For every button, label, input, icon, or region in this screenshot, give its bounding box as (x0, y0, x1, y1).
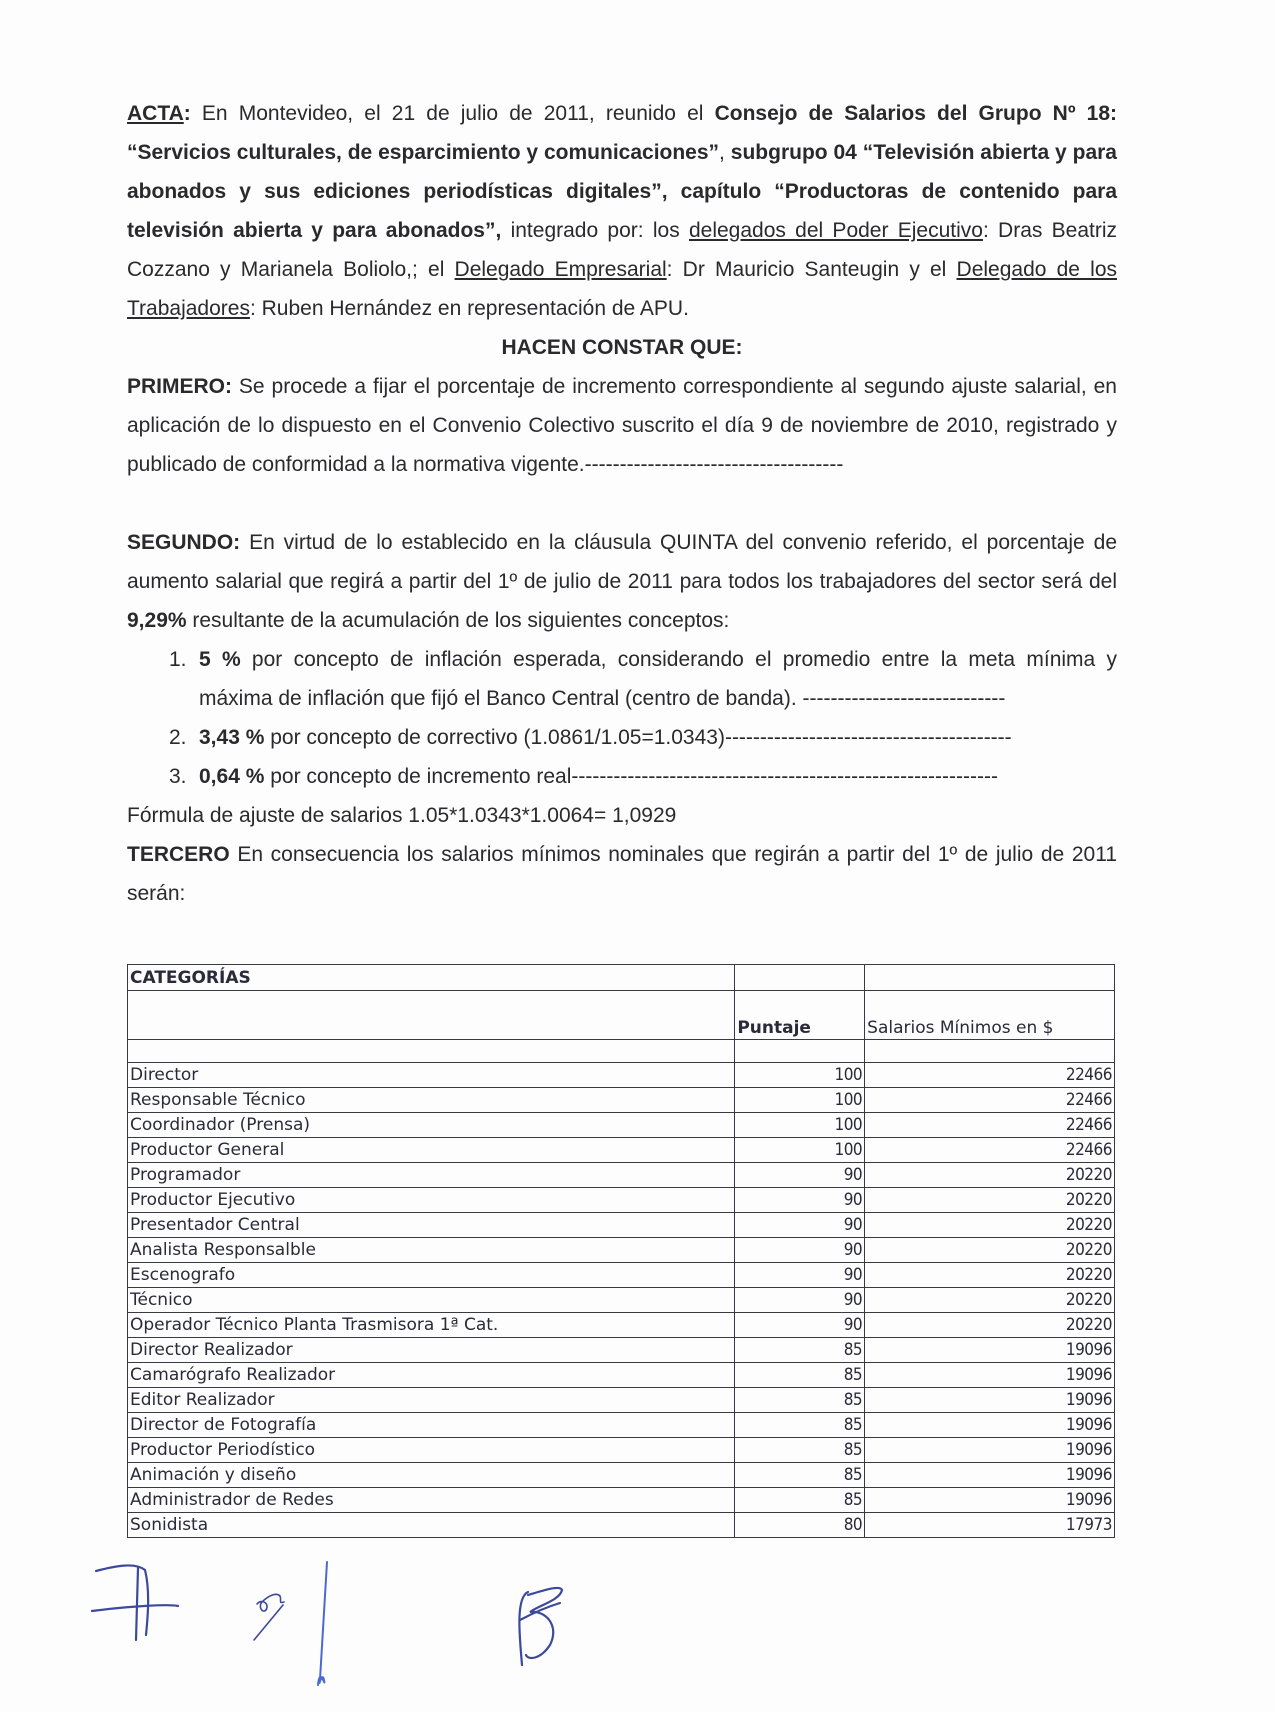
signature-1-icon (92, 1565, 178, 1640)
document-page: ACTA: En Montevideo, el 21 de julio de 2… (0, 0, 1275, 1712)
signature-2-icon (254, 1594, 284, 1640)
signature-4-icon (519, 1588, 562, 1665)
signatures (0, 0, 1275, 1712)
signature-3-icon (318, 1562, 327, 1685)
